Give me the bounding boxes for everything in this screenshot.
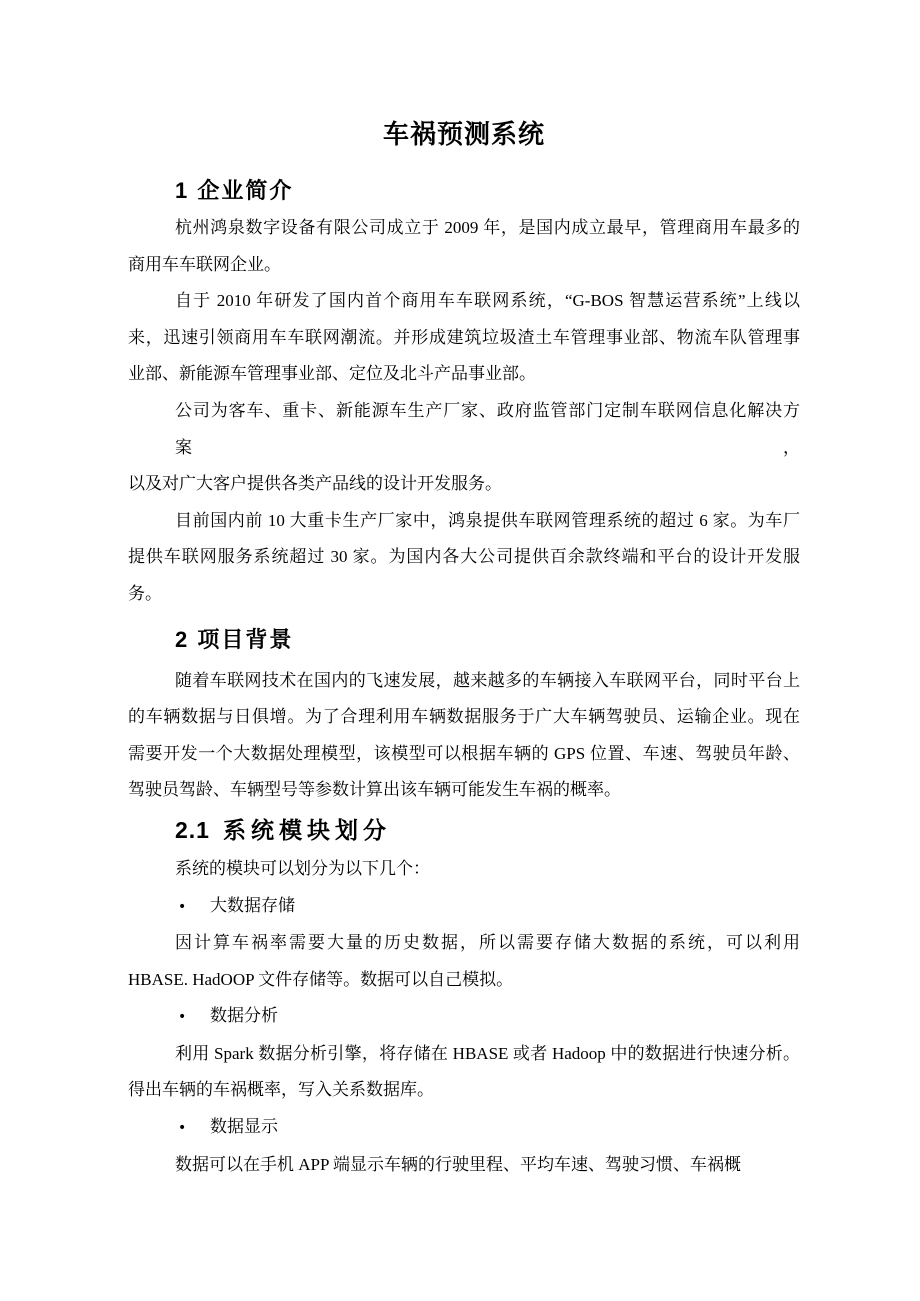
paragraph-line: 目前国内前 10 大重卡生产厂家中，鸿泉提供车联网管理系统的超过 6 家。为车厂 (128, 503, 800, 540)
paragraph-line: 驾驶员驾龄、车辆型号等参数计算出该车辆可能发生车祸的概率。 (128, 772, 800, 809)
paragraph-line: 系统的模块可以划分为以下几个： (128, 851, 800, 888)
bullet-list-item: •数据显示 (128, 1109, 800, 1147)
section-2-body: 随着车联网技术在国内的飞速发展，越来越多的车辆接入车联网平台，同时平台上 的车辆… (128, 663, 800, 809)
bullet-list-item: •大数据存储 (128, 888, 800, 926)
paragraph-line: 业部、新能源车管理事业部、定位及北斗产品事业部。 (128, 356, 800, 393)
paragraph-line: 务。 (128, 576, 800, 613)
paragraph-line: 利用 Spark 数据分析引擎，将存储在 HBASE 或者 Hadoop 中的数… (128, 1036, 800, 1073)
paragraph-line: 以及对广大客户提供各类产品线的设计开发服务。 (128, 466, 800, 503)
bullet-label: 数据分析 (210, 1006, 278, 1025)
paragraph-line: 提供车联网服务系统超过 30 家。为国内各大公司提供百余款终端和平台的设计开发服 (128, 539, 800, 576)
bullet-label: 大数据存储 (210, 896, 295, 915)
bullet-label: 数据显示 (210, 1117, 278, 1136)
paragraph-line: 杭州鸿泉数字设备有限公司成立于 2009 年，是国内成立最早，管理商用车最多的 (128, 210, 800, 247)
heading-number: 2.1 (175, 817, 210, 843)
bullet-icon: • (178, 999, 210, 1036)
section-heading-1: 1 企业简介 (128, 176, 800, 206)
document-page: 车祸预测系统 1 企业简介 杭州鸿泉数字设备有限公司成立于 2009 年，是国内… (0, 0, 920, 1301)
paragraph-line: HBASE. HadOOP 文件存储等。数据可以自己模拟。 (128, 962, 800, 999)
paragraph-line: 需要开发一个大数据处理模型，该模型可以根据车辆的 GPS 位置、车速、驾驶员年龄… (128, 736, 800, 773)
paragraph-line: 的车辆数据与日俱增。为了合理利用车辆数据服务于广大车辆驾驶员、运输企业。现在 (128, 699, 800, 736)
paragraph-line: 自于 2010 年研发了国内首个商用车车联网系统，“G-BOS 智慧运营系统”上… (128, 283, 800, 320)
bullet-list-item: •数据分析 (128, 998, 800, 1036)
paragraph-line: 随着车联网技术在国内的飞速发展，越来越多的车辆接入车联网平台，同时平台上 (128, 663, 800, 700)
heading-text: 系统模块划分 (223, 817, 391, 843)
section-heading-2: 2 项目背景 (128, 625, 800, 655)
subsection-2-1-body: 系统的模块可以划分为以下几个： •大数据存储 因计算车祸率需要大量的历史数据，所… (128, 851, 800, 1183)
paragraph-line: 数据可以在手机 APP 端显示车辆的行驶里程、平均车速、驾驶习惯、车祸概 (128, 1147, 800, 1184)
subsection-heading-2-1: 2.1系统模块划分 (128, 815, 800, 845)
paragraph-line: 商用车车联网企业。 (128, 247, 800, 284)
document-title: 车祸预测系统 (128, 116, 800, 152)
section-1-body: 杭州鸿泉数字设备有限公司成立于 2009 年，是国内成立最早，管理商用车最多的 … (128, 210, 800, 613)
bullet-icon: • (178, 889, 210, 926)
paragraph-line: 来，迅速引领商用车车联网潮流。并形成建筑垃圾渣土车管理事业部、物流车队管理事 (128, 320, 800, 357)
paragraph-line: 得出车辆的车祸概率，写入关系数据库。 (128, 1072, 800, 1109)
paragraph-line: 因计算车祸率需要大量的历史数据，所以需要存储大数据的系统，可以利用 (128, 925, 800, 962)
paragraph-line: 公司为客车、重卡、新能源车生产厂家、政府监管部门定制车联网信息化解决方案， (128, 393, 800, 466)
bullet-icon: • (178, 1110, 210, 1147)
